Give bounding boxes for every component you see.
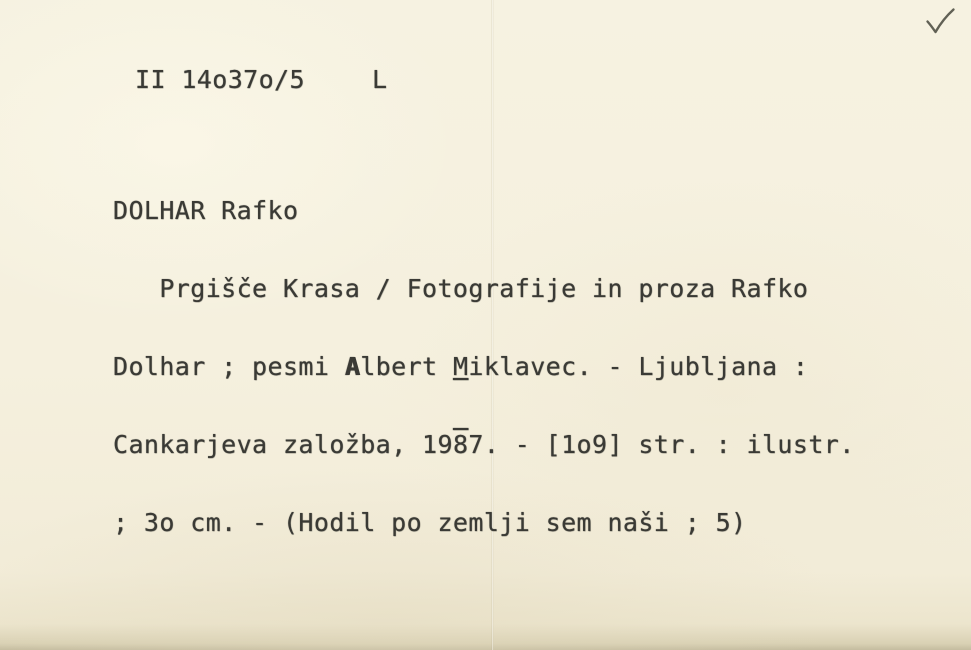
call-number: II 14o37o/5 (135, 67, 305, 93)
card-title-line: Prgišče Krasa / Fotografije in proza Raf… (113, 276, 855, 302)
catalog-card: II 14o37o/5 L DOLHAR Rafko Prgišče Krasa… (0, 0, 971, 650)
card-heading-line: DOLHAR Rafko (113, 198, 855, 224)
bibliographic-entry: DOLHAR Rafko Prgišče Krasa / Fotografije… (113, 146, 855, 588)
card-text-line: ; 3o cm. - (Hodil po zemlji sem naši ; 5… (113, 510, 855, 536)
checkmark-icon (919, 3, 961, 39)
call-number-line: II 14o37o/5 L (0, 67, 62, 171)
location-mark: L (372, 67, 387, 93)
card-text-line: Cankarjeva založba, 1987. - [1o9] str. :… (113, 432, 855, 458)
card-text-line: Dolhar ; pesmi Albert Miklavec. - Ljublj… (113, 354, 855, 380)
